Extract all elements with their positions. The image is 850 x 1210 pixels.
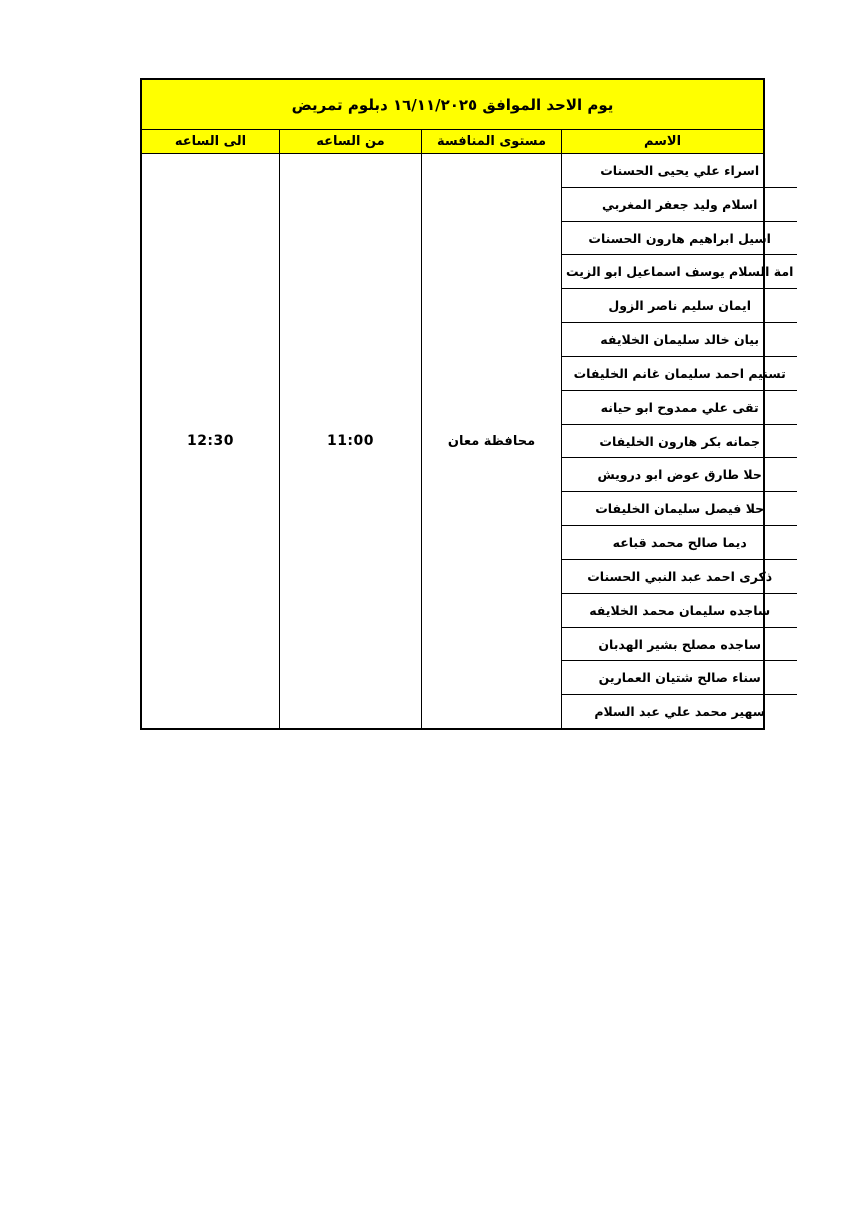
- name-cell: جمانه بكر هارون الخليفات: [562, 425, 797, 459]
- to-time-cell: 12:30: [142, 154, 280, 728]
- name-cell: ساجده مصلح بشير الهدبان: [562, 628, 797, 662]
- schedule-table: يوم الاحد الموافق ١٦/١١/٢٠٢٥ دبلوم تمريض…: [140, 78, 765, 730]
- header-from-hour: من الساعه: [280, 130, 422, 153]
- names-column: اسراء علي يحيى الحسناتاسلام وليد جعفر ال…: [562, 154, 797, 728]
- name-cell: امة السلام يوسف اسماعيل ابو الزيت: [562, 255, 797, 289]
- table-title: يوم الاحد الموافق ١٦/١١/٢٠٢٥ دبلوم تمريض: [142, 80, 763, 130]
- from-time-cell: 11:00: [280, 154, 422, 728]
- competition-level-cell: محافظة معان: [422, 154, 562, 728]
- name-cell: ديما صالح محمد قباعه: [562, 526, 797, 560]
- name-cell: ايمان سليم ناصر الزول: [562, 289, 797, 323]
- name-cell: تسنيم احمد سليمان غانم الخليفات: [562, 357, 797, 391]
- name-cell: اسلام وليد جعفر المغربي: [562, 188, 797, 222]
- name-cell: حلا طارق عوض ابو درويش: [562, 458, 797, 492]
- name-cell: اسيل ابراهيم هارون الحسنات: [562, 222, 797, 256]
- header-name: الاسم: [562, 130, 763, 153]
- name-cell: اسراء علي يحيى الحسنات: [562, 154, 797, 188]
- column-headers: الى الساعه من الساعه مستوى المنافسة الاس…: [142, 130, 763, 154]
- name-cell: حلا فيصل سليمان الخليفات: [562, 492, 797, 526]
- header-to-hour: الى الساعه: [142, 130, 280, 153]
- name-cell: سناء صالح شتيان العمارين: [562, 661, 797, 695]
- header-competition-level: مستوى المنافسة: [422, 130, 562, 153]
- table-title-text: يوم الاحد الموافق ١٦/١١/٢٠٢٥ دبلوم تمريض: [292, 96, 614, 114]
- table-body: 12:30 11:00 محافظة معان اسراء علي يحيى ا…: [142, 154, 763, 728]
- name-cell: تقى علي ممدوح ابو حيانه: [562, 391, 797, 425]
- name-cell: سهير محمد علي عبد السلام: [562, 695, 797, 728]
- name-cell: بيان خالد سليمان الخلايفه: [562, 323, 797, 357]
- name-cell: ساجده سليمان محمد الخلايفه: [562, 594, 797, 628]
- name-cell: ذكرى احمد عبد النبي الحسنات: [562, 560, 797, 594]
- document-page: { "title": "يوم الاحد الموافق ١٦/١١/٢٠٢٥…: [0, 0, 850, 1210]
